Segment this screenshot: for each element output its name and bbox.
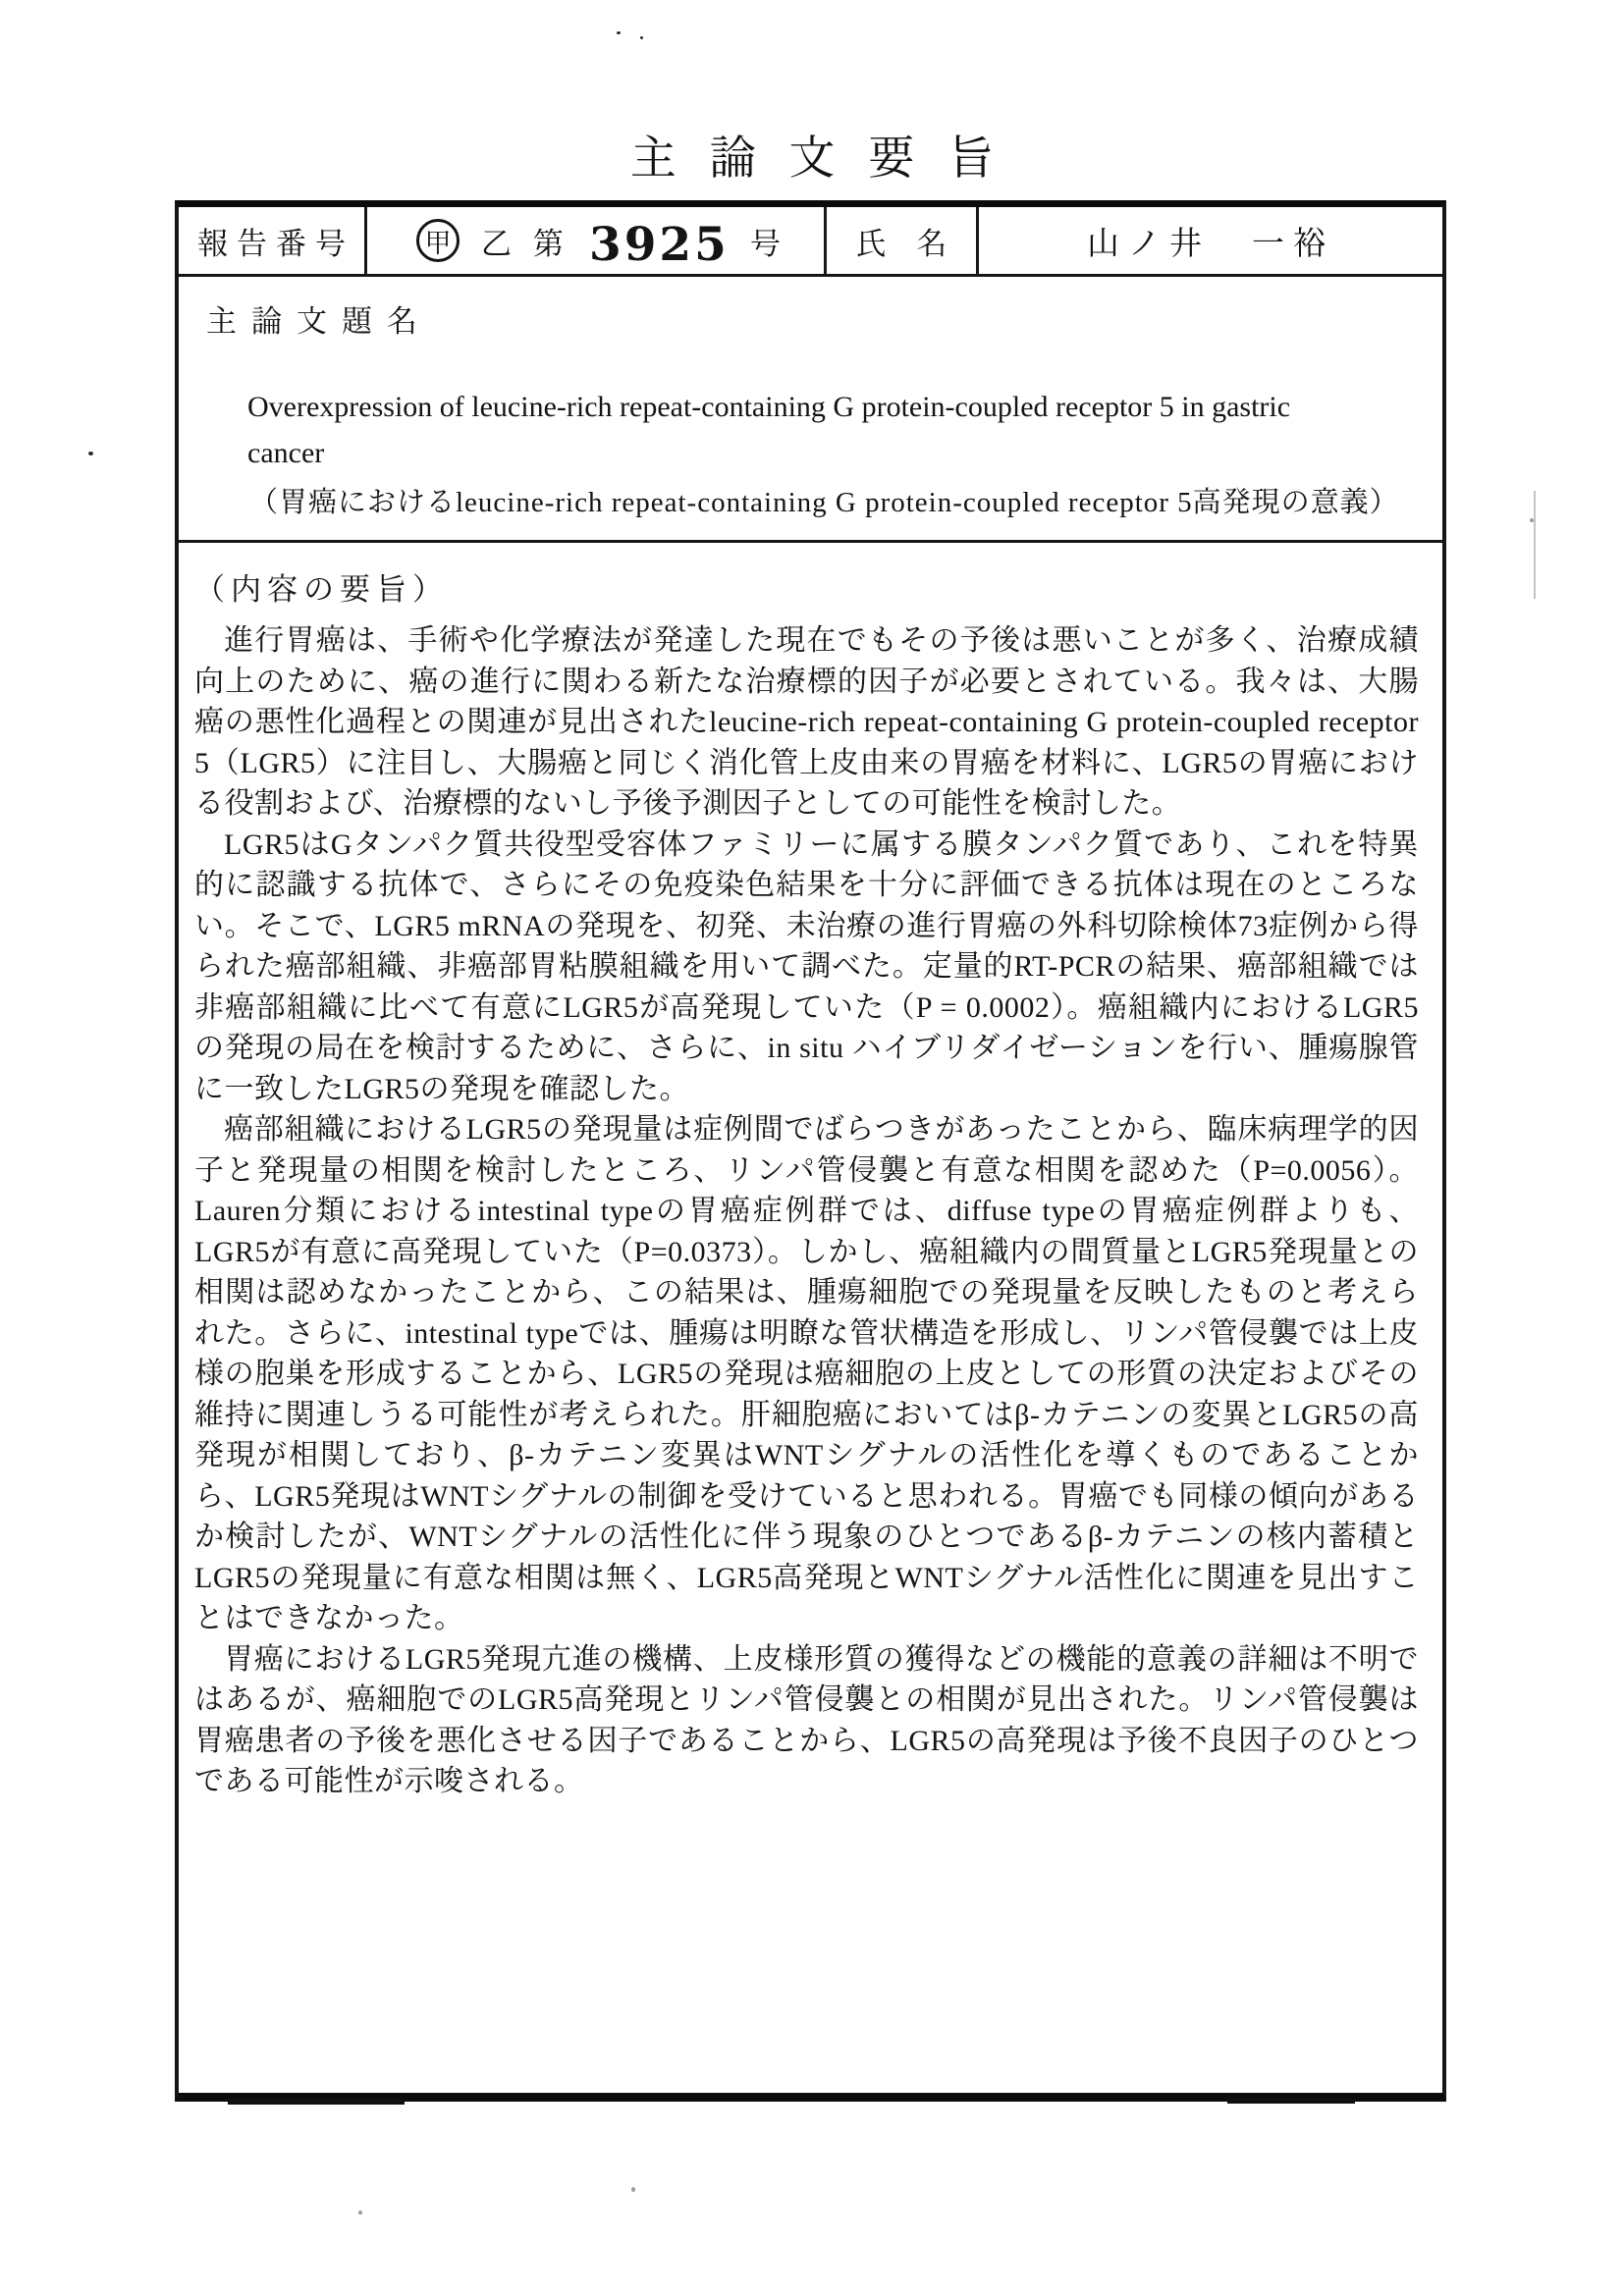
report-number-label: 報告番号 bbox=[189, 219, 354, 263]
abstract-body: 進行胃癌は、手術や化学療法が発達した現在でもその予後は悪いことが多く、治療成績向… bbox=[192, 620, 1425, 1802]
scan-speck bbox=[631, 2187, 635, 2192]
degree-otsu-label: 乙 bbox=[481, 219, 512, 263]
scan-speck bbox=[640, 36, 643, 39]
scan-smudge bbox=[1227, 2099, 1355, 2104]
abstract-paragraph: 癌部組織におけるLGR5の発現量は症例間でばらつきがあったことから、臨床病理学的… bbox=[194, 1109, 1419, 1639]
report-number-value: 3925 bbox=[589, 218, 730, 272]
degree-kou-label: 甲 bbox=[425, 222, 452, 260]
report-number-label-cell: 報告番号 bbox=[179, 207, 367, 274]
name-value: 山ノ井 一裕 bbox=[1087, 218, 1334, 264]
scan-edge-artifact bbox=[1534, 491, 1536, 599]
thesis-title-japanese: （胃癌におけるleucine-rich repeat-containing G … bbox=[249, 480, 1391, 520]
page-title: 主論文要旨 bbox=[0, 122, 1624, 187]
scan-speck bbox=[617, 31, 621, 34]
degree-kou-circled: 甲 bbox=[416, 219, 460, 262]
thesis-title-english: Overexpression of leucine-rich repeat-co… bbox=[247, 384, 1356, 476]
scan-speck bbox=[358, 2211, 362, 2215]
thesis-title-section: 主論文題名 Overexpression of leucine-rich rep… bbox=[179, 277, 1442, 543]
abstract-heading: （内容の要旨） bbox=[194, 564, 1425, 609]
page-root: { "page": { "title": "主論文要旨" }, "header_… bbox=[0, 0, 1624, 2296]
name-label-cell: 氏 名 bbox=[827, 207, 979, 274]
header-row: 報告番号 甲 乙 第 3925 号 氏 名 山ノ井 一裕 bbox=[179, 207, 1442, 277]
scan-speck bbox=[88, 452, 93, 455]
number-suffix: 号 bbox=[750, 219, 781, 263]
name-label: 氏 名 bbox=[856, 219, 947, 263]
report-number-cell: 甲 乙 第 3925 号 bbox=[367, 207, 827, 274]
abstract-paragraph: 進行胃癌は、手術や化学療法が発達した現在でもその予後は悪いことが多く、治療成績向… bbox=[194, 620, 1419, 825]
thesis-title-label: 主論文題名 bbox=[206, 296, 1391, 341]
abstract-paragraph: 胃癌におけるLGR5発現亢進の機構、上皮様形質の獲得などの機能的意義の詳細は不明… bbox=[194, 1639, 1419, 1802]
name-value-cell: 山ノ井 一裕 bbox=[979, 207, 1442, 274]
number-prefix: 第 bbox=[533, 219, 564, 263]
document-frame: 報告番号 甲 乙 第 3925 号 氏 名 山ノ井 一裕 主論文題名 Overe… bbox=[175, 200, 1446, 2102]
abstract-paragraph: LGR5はGタンパク質共役型受容体ファミリーに属する膜タンパク質であり、これを特… bbox=[194, 825, 1419, 1110]
abstract-section: （内容の要旨） 進行胃癌は、手術や化学療法が発達した現在でもその予後は悪いことが… bbox=[179, 543, 1442, 1802]
scan-smudge bbox=[228, 2099, 405, 2105]
